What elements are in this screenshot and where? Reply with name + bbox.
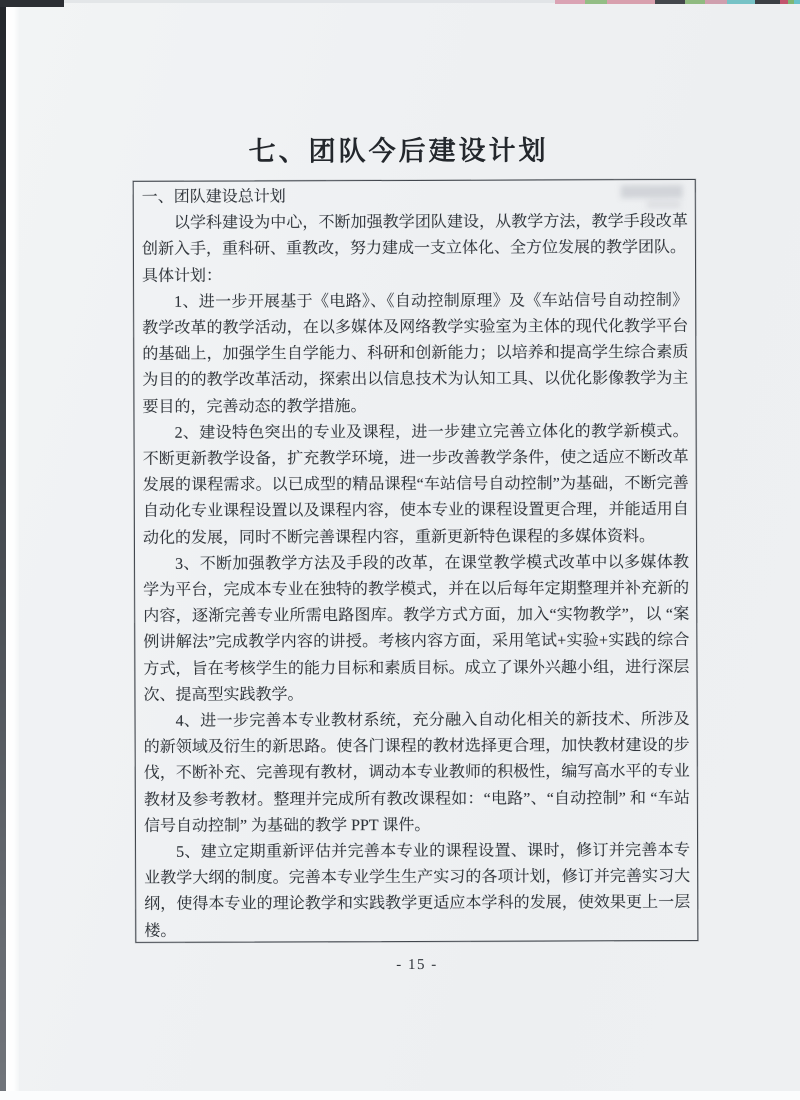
plans-label: 具体计划：	[142, 262, 688, 290]
intro-paragraph: 以学科建设为中心，不断加强教学团队建设，从教学方法，教学手段改革创新入手，重科研…	[142, 209, 688, 263]
plan-item-2: 2、建设特色突出的专业及课程，进一步建立完善立体化的教学新模式。不断更新教学设备…	[143, 419, 689, 552]
plan-item-4: 4、进一步完善本专业教材系统，充分融入自动化相关的新技术、所涉及的新领域及衍生的…	[144, 707, 690, 840]
section-heading: 一、团队建设总计划	[142, 183, 688, 211]
page-number: - 15 -	[135, 956, 698, 975]
document-title: 七、团队今后建设计划	[0, 134, 799, 170]
content-table-border: 一、团队建设总计划 以学科建设为中心，不断加强教学团队建设，从教学方法，教学手段…	[133, 179, 699, 943]
plan-item-1: 1、进一步开展基于《电路》、《自动控制原理》及《车站信号自动控制》教学改革的教学…	[142, 288, 688, 421]
plan-item-5: 5、建立定期重新评估并完善本专业的课程设置、课时，修订并完善本专业教学大纲的制度…	[144, 838, 690, 943]
document-page-content: 七、团队今后建设计划 一、团队建设总计划 以学科建设为中心，不断加强教学团队建设…	[0, 0, 800, 1100]
plan-item-3: 3、不断加强教学方法及手段的改革，在课堂教学模式改革中以多媒体教学为平台，完成本…	[143, 550, 690, 709]
